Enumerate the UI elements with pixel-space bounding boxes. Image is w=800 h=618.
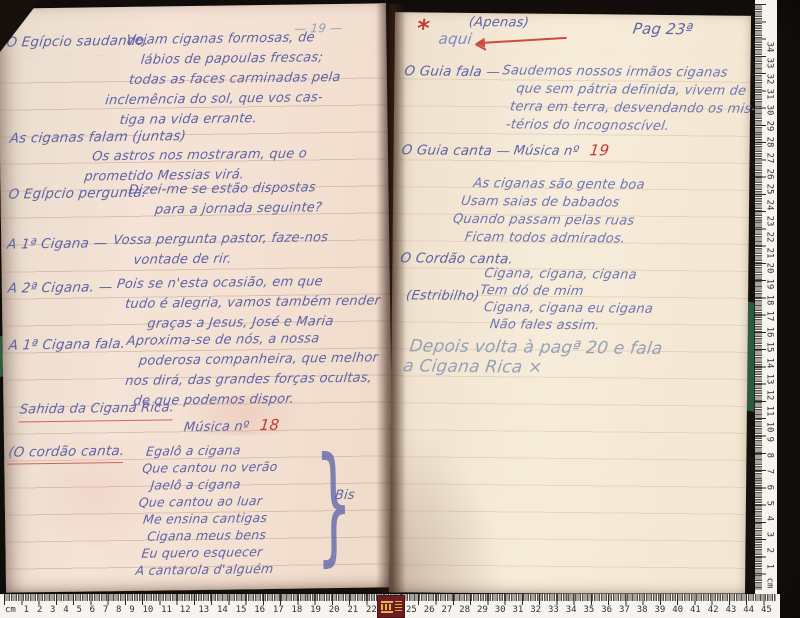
ruler-number: 8 bbox=[116, 605, 121, 615]
music-number: 19 bbox=[589, 140, 611, 160]
logo-text-lines bbox=[395, 601, 402, 612]
book-gutter bbox=[376, 4, 406, 592]
ruler-number: 28 bbox=[764, 136, 774, 147]
ruler-number: 26 bbox=[424, 605, 435, 615]
speech-lines: Vejam ciganas formosas, delábios de papo… bbox=[118, 28, 341, 131]
ruler-number: 31 bbox=[513, 605, 524, 615]
ruler-number: 7 bbox=[103, 605, 108, 615]
lyric-line: Não fales assim. bbox=[489, 316, 654, 335]
ruler-number: 33 bbox=[548, 605, 559, 615]
ruler-unit-label: cm bbox=[764, 578, 774, 589]
handwriting-line: Dizei-me se estão dispostas bbox=[127, 178, 322, 201]
ruler-number: 1 bbox=[764, 563, 774, 574]
ruler-number: 15 bbox=[236, 605, 247, 615]
scanned-notebook-photo: — 19 — O Egípcio saudando. Vejam ciganas… bbox=[0, 0, 800, 618]
ruler-number: 16 bbox=[764, 326, 774, 337]
ruler-number: 23 bbox=[764, 216, 774, 227]
speaker-label: O Guia fala — bbox=[403, 61, 501, 82]
ruler-number: 35 bbox=[584, 605, 595, 615]
song-lyrics: Egalô a ciganaQue cantou no verãoJaelô a… bbox=[146, 441, 279, 579]
lyric-line: Ficam todos admirados. bbox=[463, 229, 645, 249]
speaker-label: As ciganas falam (juntas) bbox=[9, 126, 187, 148]
ruler-number: 34 bbox=[764, 42, 774, 53]
speaker-label: O Egípcio pergunta. bbox=[7, 183, 147, 205]
ruler-number: 33 bbox=[764, 57, 774, 68]
ruler-number: 24 bbox=[764, 200, 774, 211]
ruler-number: 11 bbox=[161, 605, 172, 615]
left-page: — 19 — O Egípcio saudando. Vejam ciganas… bbox=[0, 3, 394, 592]
song-chorus: Cigana, cigana, ciganaTem dó de mimCigan… bbox=[484, 265, 654, 335]
ruler-number: 6 bbox=[90, 605, 95, 615]
ruler-number: 14 bbox=[217, 605, 228, 615]
building-icon bbox=[381, 601, 393, 613]
vertical-ruler: 3433323130292827262524232221201918171615… bbox=[755, 0, 777, 594]
ruler-number: 25 bbox=[406, 605, 417, 615]
ruler-number: 1 bbox=[24, 605, 29, 615]
speech-lines: Dizei-me se estão dispostaspara a jornad… bbox=[128, 178, 322, 221]
ruler-number: 2 bbox=[764, 548, 774, 559]
estribilho-label: (Estribilho) bbox=[405, 286, 481, 307]
lyric-line: As ciganas são gente boa bbox=[472, 175, 646, 195]
ruler-number: 7 bbox=[764, 469, 774, 480]
ruler-number: 17 bbox=[764, 310, 774, 321]
ruler-number: 41 bbox=[690, 605, 701, 615]
lyric-line: A cantarola d'alguém bbox=[135, 560, 280, 579]
pencil-note: Depois volta à pagª 20 e fala a Cigana R… bbox=[409, 336, 662, 379]
ruler-number: 2 bbox=[37, 605, 42, 615]
ruler-number: 6 bbox=[764, 484, 774, 495]
ruler-number: 30 bbox=[495, 605, 506, 615]
ruler-number: 19 bbox=[310, 605, 321, 615]
lyric-line: Que cantou no verão bbox=[141, 458, 278, 477]
handwriting-line: -térios do incognoscível. bbox=[505, 116, 757, 137]
speaker-label: A 2ª Cigana. — bbox=[7, 277, 114, 298]
ruler-number: 5 bbox=[76, 605, 81, 615]
ruler-number: 3 bbox=[50, 605, 55, 615]
scene-title: Sahida da Cigana Rica. bbox=[18, 398, 175, 422]
handwriting-line: para a jornada seguinte? bbox=[154, 198, 323, 220]
music-number: 18 bbox=[259, 415, 281, 435]
speaker-label: O Guia canta — bbox=[400, 140, 511, 161]
ruler-number: 20 bbox=[329, 605, 340, 615]
bis-label: Bis bbox=[334, 486, 356, 506]
ruler-number: 22 bbox=[764, 231, 774, 242]
song-verse: As ciganas são gente boaUsam saias de ba… bbox=[459, 175, 645, 249]
ruler-number: 45 bbox=[761, 605, 772, 615]
ruler-number: 13 bbox=[198, 605, 209, 615]
ruler-number: 13 bbox=[764, 374, 774, 385]
lyric-line: Usam saias de babados bbox=[460, 193, 646, 213]
ruler-number: 40 bbox=[672, 605, 683, 615]
ruler-number: 12 bbox=[180, 605, 191, 615]
speaker-label: A 1ª Cigana fala. bbox=[8, 334, 127, 356]
ruler-number: 28 bbox=[459, 605, 470, 615]
handwriting-line: lábios de papoulas frescas; bbox=[140, 48, 342, 71]
archive-logo bbox=[378, 596, 404, 617]
pencil-note-line: a Cigana Rica × bbox=[402, 356, 664, 379]
ruler-number: 10 bbox=[142, 605, 153, 615]
ruler-number: 3 bbox=[764, 532, 774, 543]
ruler-number: 12 bbox=[764, 389, 774, 400]
ruler-number: 26 bbox=[764, 168, 774, 179]
speech-lines: Pois se n'esta ocasião, em quetudo é ale… bbox=[117, 271, 381, 335]
ruler-number: 36 bbox=[601, 605, 612, 615]
ruler-number: 37 bbox=[619, 605, 630, 615]
ruler-number: 21 bbox=[764, 247, 774, 258]
ruler-number: 29 bbox=[764, 121, 774, 132]
ruler-number: 11 bbox=[764, 405, 774, 416]
ruler-number: 29 bbox=[477, 605, 488, 615]
ruler-number: 34 bbox=[566, 605, 577, 615]
music-cue: Música nº 19 bbox=[513, 139, 609, 162]
ruler-number: 27 bbox=[764, 152, 774, 163]
ruler-number: 4 bbox=[764, 516, 774, 527]
lyric-line: Me ensina cantigas bbox=[142, 509, 279, 528]
music-cue: Música nº 18 bbox=[184, 415, 280, 438]
ruler-number: 39 bbox=[655, 605, 666, 615]
red-asterisk-mark: * bbox=[416, 18, 431, 38]
ruler-number: 9 bbox=[764, 437, 774, 448]
ruler-number: 4 bbox=[63, 605, 68, 615]
lyric-line: Cigana, cigana, cigana bbox=[483, 265, 654, 284]
pencil-note-line: Depois volta à pagª 20 e fala bbox=[408, 336, 664, 359]
lyric-line: Eu quero esquecer bbox=[141, 543, 280, 562]
annotation-apenas: (Apenas) bbox=[468, 13, 531, 34]
ruler-number: 43 bbox=[726, 605, 737, 615]
ruler-number: 25 bbox=[764, 184, 774, 195]
ruler-number: 16 bbox=[254, 605, 265, 615]
red-arrow bbox=[479, 37, 567, 44]
ruler-number: 18 bbox=[764, 295, 774, 306]
lyric-line: Quando passam pelas ruas bbox=[452, 211, 646, 231]
ruler-segment-right: 2526272829303132333435363738394041424344… bbox=[406, 605, 772, 615]
lyric-line: Jaelô a cigana bbox=[150, 475, 279, 494]
ruler-number: 19 bbox=[764, 279, 774, 290]
music-label: Música nº bbox=[512, 141, 580, 162]
speech-lines: Saudemos nossos irmãos ciganasque sem pá… bbox=[502, 62, 757, 137]
ruler-number: 15 bbox=[764, 342, 774, 353]
lyric-line: Cigana meus bens bbox=[146, 526, 279, 545]
ruler-number: 10 bbox=[764, 421, 774, 432]
lyric-line: Tem dó de mim bbox=[479, 282, 654, 301]
ruler-number: 17 bbox=[273, 605, 284, 615]
ruler-number: 5 bbox=[764, 500, 774, 511]
ruler-number: 18 bbox=[291, 605, 302, 615]
ruler-number: 32 bbox=[764, 73, 774, 84]
ruler-number: 44 bbox=[743, 605, 754, 615]
page-fold-shadow bbox=[389, 402, 521, 593]
music-label: Música nº bbox=[183, 417, 250, 438]
handwriting-line: vontade de rir. bbox=[132, 248, 329, 271]
ruler-number: 9 bbox=[129, 605, 134, 615]
speaker-label: (O cordão canta. bbox=[7, 441, 126, 465]
ruler-number: 21 bbox=[347, 605, 358, 615]
ruler-number: 14 bbox=[764, 358, 774, 369]
ruler-number: 32 bbox=[530, 605, 541, 615]
ruler-unit-label: cm bbox=[5, 605, 16, 615]
ruler-number: 31 bbox=[764, 89, 774, 100]
page-label: Pag 23ª bbox=[632, 19, 695, 40]
ruler-number: 20 bbox=[764, 263, 774, 274]
lyric-line: Que cantou ao luar bbox=[138, 492, 279, 511]
ruler-number: 42 bbox=[708, 605, 719, 615]
speech-lines: Vossa pergunta pastor, faze-nosvontade d… bbox=[113, 228, 328, 271]
lyric-line: Cigana, cigana eu cigana bbox=[483, 299, 654, 318]
ruler-number: 30 bbox=[764, 105, 774, 116]
ruler-number: 38 bbox=[637, 605, 648, 615]
speaker-label: A 1ª Cigana — bbox=[6, 233, 108, 254]
ruler-number: 27 bbox=[442, 605, 453, 615]
right-page: * aqui (Apenas) Pag 23ª O Guia fala — Sa… bbox=[389, 12, 751, 596]
ruler-number: 22 bbox=[366, 605, 377, 615]
ruler-segment-left: cm 12345678910111213141516171819202122 bbox=[5, 605, 377, 615]
lyric-line: Egalô a cigana bbox=[145, 441, 278, 460]
ruler-number: 8 bbox=[764, 453, 774, 464]
